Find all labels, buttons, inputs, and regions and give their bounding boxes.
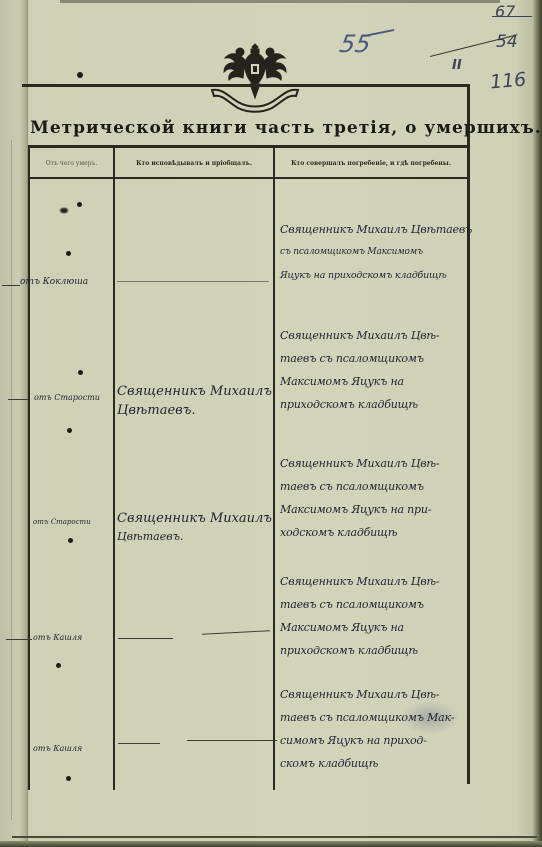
double-headed-eagle-icon <box>210 38 300 113</box>
cause-leader <box>8 399 28 400</box>
burial-line: Максимомъ Яцукъ на <box>280 616 439 639</box>
burial-line: Яцукъ на приходскомъ кладбищѣ <box>280 264 472 287</box>
ink-blot <box>59 207 69 214</box>
burial-line: Священникъ Михаилъ Цвѣтаевъ <box>280 218 472 241</box>
register-page: 55 67 54 II 116 Метрической книги часть … <box>0 0 542 847</box>
column-rule-2 <box>113 145 115 790</box>
cause-leader <box>2 285 20 286</box>
ink-dot <box>77 202 82 207</box>
cause-trailing-line <box>117 281 269 282</box>
page-title: Метрической книги часть третія, о умерши… <box>30 118 542 138</box>
ink-dot <box>77 72 83 78</box>
burial-line: съ псаломщикомъ Максимомъ <box>280 241 472 264</box>
confessor-line: Священникъ Михаилъ <box>117 383 272 402</box>
entry-2-cause: отъ Старости <box>34 394 100 402</box>
page-edge-top <box>60 0 500 3</box>
burial-line: таевъ съ псаломщикомъ <box>280 475 439 498</box>
faint-ruling <box>11 140 12 820</box>
entry-2-confessor: Священникъ Михаилъ Цвѣтаевъ. <box>117 383 272 421</box>
folio-stamp: 55 <box>338 30 373 58</box>
burial-line: Священникъ Михаилъ Цвѣ- <box>280 570 439 593</box>
burial-line: таевъ съ псаломщикомъ Мак- <box>280 706 454 729</box>
frame-top-rule <box>22 84 467 87</box>
ink-dot <box>66 776 71 781</box>
burial-line: приходскомъ кладбищѣ <box>280 639 439 662</box>
entry-2-burial: Священникъ Михаилъ Цвѣ- таевъ съ псаломщ… <box>280 324 439 416</box>
cause-leader <box>6 639 32 640</box>
table-header-top-rule <box>28 145 467 148</box>
page-edge-bottom <box>0 841 542 847</box>
burial-line: Священникъ Михаилъ Цвѣ- <box>280 324 439 347</box>
ink-dot <box>78 370 83 375</box>
entry-1-cause: отъ Коклюша <box>20 278 88 287</box>
entry-5-burial: Священникъ Михаилъ Цвѣ- таевъ съ псаломщ… <box>280 683 454 775</box>
table-header-bottom-rule <box>28 177 467 179</box>
page-edge-bottom-line <box>12 836 537 838</box>
ink-dot <box>68 538 73 543</box>
burial-line: ходскомъ кладбищѣ <box>280 521 439 544</box>
empty-confessor-dash <box>118 638 173 639</box>
entry-4-cause: отъ Кашля <box>33 634 82 642</box>
burial-line: таевъ съ псаломщикомъ <box>280 593 439 616</box>
empty-confessor-dash <box>118 743 160 744</box>
folio-number-top: 67 <box>495 2 515 21</box>
burial-line: приходскомъ кладбищѣ <box>280 393 439 416</box>
burial-line: Священникъ Михаилъ Цвѣ- <box>280 452 439 475</box>
ink-dot <box>67 428 72 433</box>
folio-number-bottom: 116 <box>489 68 527 93</box>
frame-right-rule <box>467 84 470 784</box>
binding-strip <box>0 0 28 847</box>
entry-3-burial: Священникъ Михаилъ Цвѣ- таевъ съ псаломщ… <box>280 452 439 544</box>
burial-line: Максимомъ Яцукъ на <box>280 370 439 393</box>
burial-line: таевъ съ псаломщикомъ <box>280 347 439 370</box>
folio-roman: II <box>452 58 462 73</box>
entry-4-burial: Священникъ Михаилъ Цвѣ- таевъ съ псаломщ… <box>280 570 439 662</box>
column-rule-1 <box>28 145 30 790</box>
entry-3-cause: отъ Старости <box>33 519 91 526</box>
confessor-line: Священникъ Михаилъ <box>117 510 272 529</box>
burial-line: симомъ Яцукъ на приход- <box>280 729 454 752</box>
column-header-cause: Отъ чего умеръ. <box>30 152 113 174</box>
confessor-line: Цвѣтаевъ. <box>117 529 272 545</box>
ink-dot <box>66 251 71 256</box>
burial-line: Максимомъ Яцукъ на при- <box>280 498 439 521</box>
empty-confessor-dash <box>187 740 277 741</box>
confessor-line: Цвѣтаевъ. <box>117 402 272 421</box>
column-header-confessor: Кто исповѣдывалъ и пріобщалъ. <box>115 152 273 174</box>
column-rule-3 <box>273 145 275 790</box>
ink-dot <box>56 663 61 668</box>
column-header-burial: Кто совершалъ погребеніе, и гдѣ погребен… <box>275 152 467 174</box>
entry-3-confessor: Священникъ Михаилъ Цвѣтаевъ. <box>117 510 272 545</box>
burial-line: Священникъ Михаилъ Цвѣ- <box>280 683 454 706</box>
entry-1-burial: Священникъ Михаилъ Цвѣтаевъ съ псаломщик… <box>280 218 472 287</box>
burial-line: скомъ кладбищѣ <box>280 752 454 775</box>
empty-confessor-dash <box>202 630 270 635</box>
entry-5-cause: отъ Кашля <box>33 745 82 753</box>
